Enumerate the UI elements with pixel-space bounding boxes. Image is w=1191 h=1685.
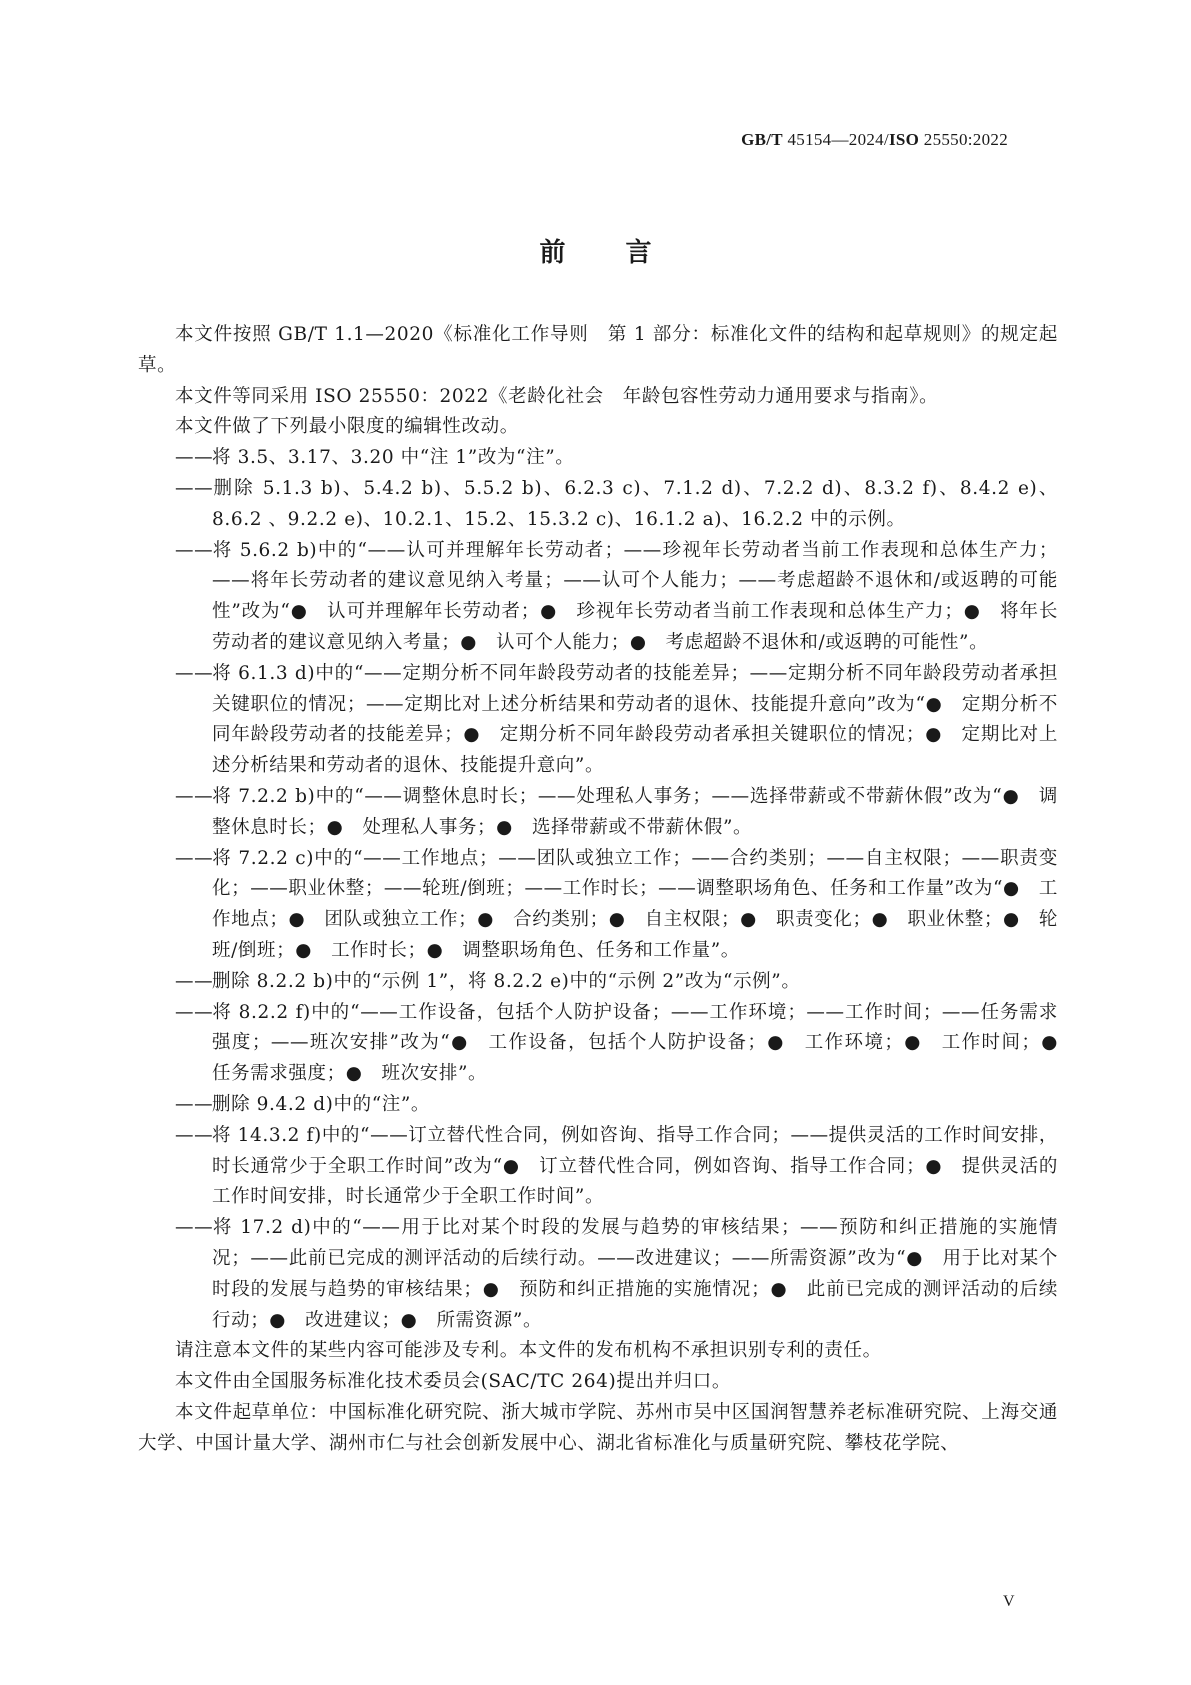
code-iso-number: 25550:2022 bbox=[924, 130, 1008, 149]
changes-list: ——将 3.5、3.17、3.20 中“注 1”改为“注”。 ——删除 5.1.… bbox=[138, 443, 1058, 1336]
code-number: 45154—2024/ bbox=[787, 130, 889, 149]
change-item: ——将 5.6.2 b)中的“——认可并理解年长劳动者；——珍视年长劳动者当前工… bbox=[175, 536, 1058, 659]
change-item: ——将 14.3.2 f)中的“——订立替代性合同，例如咨询、指导工作合同；——… bbox=[175, 1121, 1058, 1213]
foreword-body: 本文件按照 GB/T 1.1—2020《标准化工作导则 第 1 部分：标准化文件… bbox=[138, 320, 1058, 1459]
change-item: ——将 3.5、3.17、3.20 中“注 1”改为“注”。 bbox=[175, 443, 1058, 474]
change-item: ——删除 8.2.2 b)中的“示例 1”，将 8.2.2 e)中的“示例 2”… bbox=[175, 967, 1058, 998]
title-char-2: 言 bbox=[626, 232, 652, 269]
paragraph-proposer: 本文件由全国服务标准化技术委员会(SAC/TC 264)提出并归口。 bbox=[138, 1367, 1058, 1398]
change-item: ——将 7.2.2 b)中的“——调整休息时长；——处理私人事务；——选择带薪或… bbox=[175, 782, 1058, 844]
change-item: ——将 17.2 d)中的“——用于比对某个时段的发展与趋势的审核结果；——预防… bbox=[175, 1213, 1058, 1336]
change-item: ——将 7.2.2 c)中的“——工作地点；——团队或独立工作；——合约类别；—… bbox=[175, 844, 1058, 967]
title-char-1: 前 bbox=[539, 232, 565, 269]
paragraph-adoption: 本文件等同采用 ISO 25550：2022《老龄化社会 年龄包容性劳动力通用要… bbox=[138, 382, 1058, 413]
paragraph-drafting-units: 本文件起草单位：中国标准化研究院、浙大城市学院、苏州市吴中区国润智慧养老标准研究… bbox=[138, 1398, 1058, 1460]
document-code: GB/T 45154—2024/ISO 25550:2022 bbox=[741, 130, 1008, 150]
page-number: V bbox=[1003, 1593, 1015, 1611]
paragraph-patent-notice: 请注意本文件的某些内容可能涉及专利。本文件的发布机构不承担识别专利的责任。 bbox=[138, 1336, 1058, 1367]
paragraph-drafting-rules: 本文件按照 GB/T 1.1—2020《标准化工作导则 第 1 部分：标准化文件… bbox=[138, 320, 1058, 382]
change-item: ——删除 5.1.3 b)、5.4.2 b)、5.5.2 b)、6.2.3 c)… bbox=[175, 474, 1058, 536]
page-title: 前言 bbox=[0, 232, 1191, 269]
code-iso: ISO bbox=[889, 130, 919, 149]
change-item: ——将 8.2.2 f)中的“——工作设备，包括个人防护设备；——工作环境；——… bbox=[175, 998, 1058, 1090]
paragraph-edits-intro: 本文件做了下列最小限度的编辑性改动。 bbox=[138, 412, 1058, 443]
code-gb: GB/T bbox=[741, 130, 783, 149]
change-item: ——删除 9.4.2 d)中的“注”。 bbox=[175, 1090, 1058, 1121]
change-item: ——将 6.1.3 d)中的“——定期分析不同年龄段劳动者的技能差异；——定期分… bbox=[175, 659, 1058, 782]
